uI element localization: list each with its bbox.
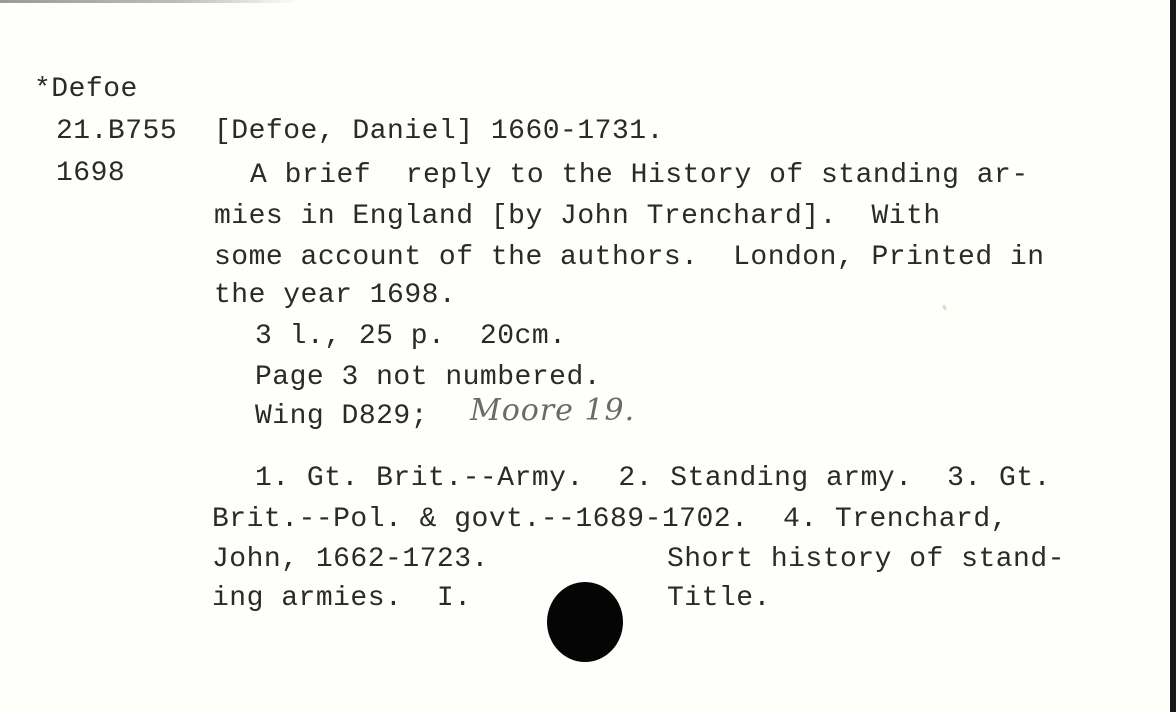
tracings-line-4-left: ing armies. I.: [212, 585, 472, 613]
title-line-2: mies in England [by John Trenchard]. Wit…: [214, 203, 941, 231]
tracings-line-3-right: Short history of stand-: [667, 546, 1065, 574]
call-number-line2: 1698: [56, 160, 125, 188]
tracings-line-3-left: John, 1662-1723.: [212, 546, 489, 574]
note: Page 3 not numbered.: [255, 364, 601, 392]
title-line-1: A brief reply to the History of standing…: [250, 162, 1029, 190]
card-right-edge: [1170, 0, 1176, 712]
tracings-line-4-right: Title.: [667, 585, 771, 613]
reference-typed: Wing D829;: [255, 403, 428, 431]
author-heading: [Defoe, Daniel] 1660-1731.: [214, 118, 664, 146]
tracings-line-1: 1. Gt. Brit.--Army. 2. Standing army. 3.…: [255, 465, 1051, 493]
catalog-card: *Defoe 21.B755 1698 [Defoe, Daniel] 1660…: [0, 0, 1176, 712]
collation: 3 l., 25 p. 20cm.: [255, 323, 566, 351]
title-line-3: some account of the authors. London, Pri…: [214, 244, 1045, 272]
card-top-edge: [0, 0, 300, 3]
tracings-line-2: Brit.--Pol. & govt.--1689-1702. 4. Trenc…: [212, 506, 1008, 534]
main-entry-marker: *Defoe: [34, 76, 138, 104]
reference-handwritten: Moore 19.: [470, 396, 635, 426]
punch-hole: [547, 582, 623, 662]
title-line-4: the year 1698.: [214, 282, 456, 310]
paper-speck: [942, 305, 947, 311]
call-number-line1: 21.B755: [56, 118, 177, 146]
